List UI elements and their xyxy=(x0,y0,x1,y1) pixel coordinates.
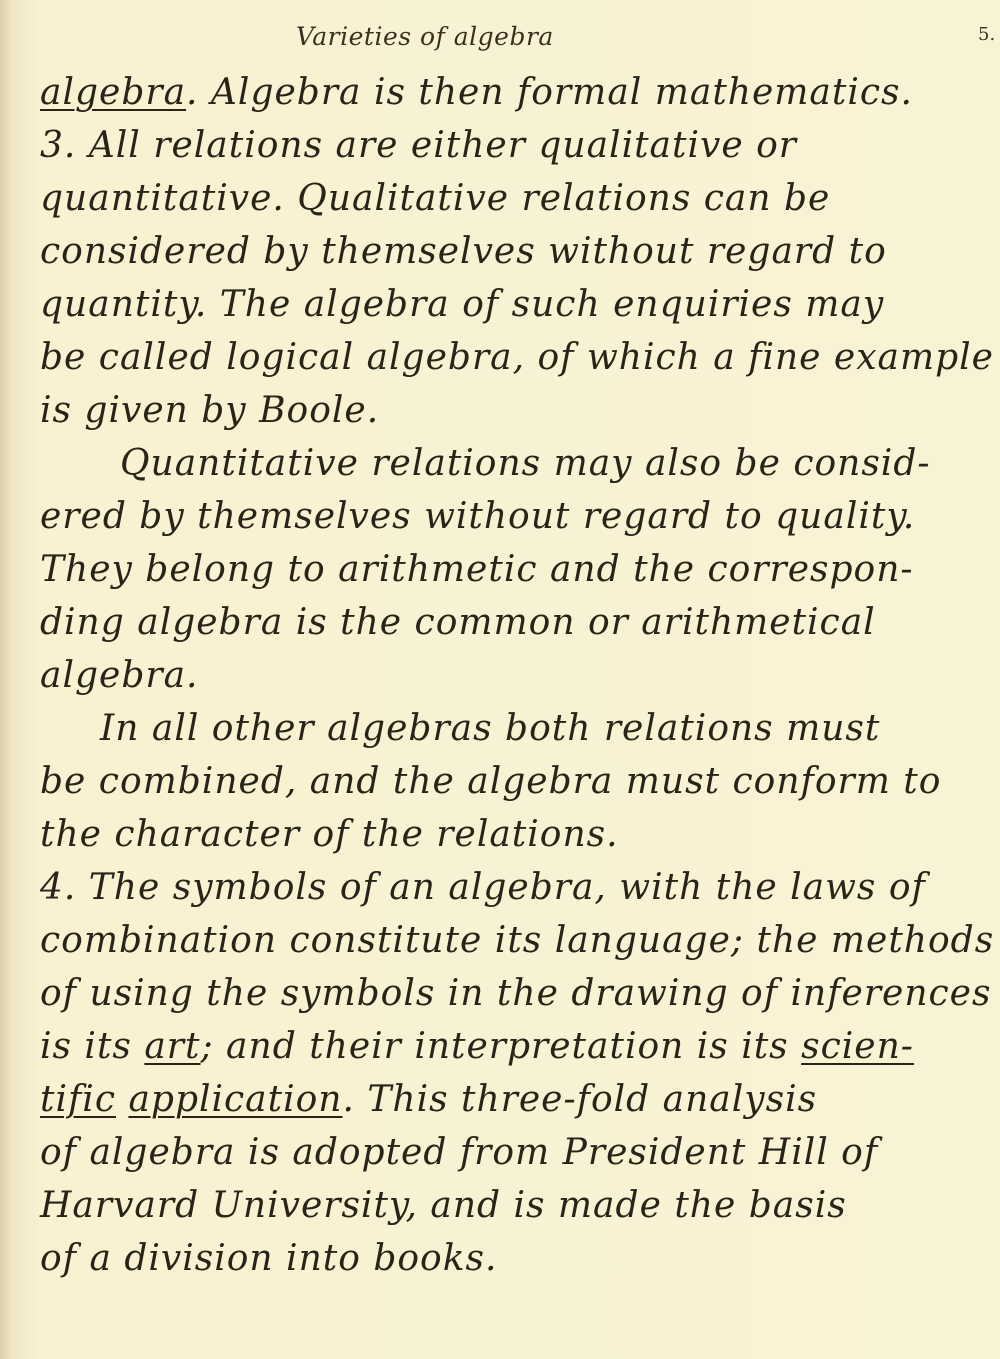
text-line: 4. The symbols of an algebra, with the l… xyxy=(40,861,995,914)
text-line: the character of the relations. xyxy=(40,808,995,861)
text-line: tific application. This three-fold analy… xyxy=(40,1073,995,1126)
text-run: In all other algebras both relations mus… xyxy=(100,708,880,749)
text-line: algebra. xyxy=(40,649,995,702)
running-title: Varieties of algebra xyxy=(296,22,554,51)
text-line: quantitative. Qualitative relations can … xyxy=(40,172,995,225)
text-line: ered by themselves without regard to qua… xyxy=(40,490,995,543)
text-line: ding algebra is the common or arithmetic… xyxy=(40,596,995,649)
text-run: quantity. The algebra of such enquiries … xyxy=(40,284,884,325)
text-line: In all other algebras both relations mus… xyxy=(40,702,995,755)
text-run: ding algebra is the common or arithmetic… xyxy=(40,602,876,643)
text-line: algebra. Algebra is then formal mathemat… xyxy=(40,66,995,119)
text-run: 3. All relations are either qualitative … xyxy=(40,125,797,166)
text-run: . Algebra is then formal mathematics. xyxy=(186,72,913,113)
text-line: be called logical algebra, of which a fi… xyxy=(40,331,995,384)
page-header: Varieties of algebra 5. xyxy=(0,18,1000,68)
text-run: of using the symbols in the drawing of i… xyxy=(40,973,991,1014)
text-run: quantitative. Qualitative relations can … xyxy=(40,178,830,219)
underlined-word: tific xyxy=(40,1079,116,1120)
text-run: Harvard University, and is made the basi… xyxy=(40,1185,847,1226)
text-run: ered by themselves without regard to qua… xyxy=(40,496,915,537)
text-run: the character of the relations. xyxy=(40,814,619,855)
text-line: considered by themselves without regard … xyxy=(40,225,995,278)
text-run: 4. The symbols of an algebra, with the l… xyxy=(40,867,926,908)
text-line: be combined, and the algebra must confor… xyxy=(40,755,995,808)
underlined-word: scien- xyxy=(801,1026,914,1067)
text-line: Quantitative relations may also be consi… xyxy=(40,437,995,490)
text-line: of algebra is adopted from President Hil… xyxy=(40,1126,995,1179)
text-run: considered by themselves without regard … xyxy=(40,231,887,272)
text-run: is given by Boole. xyxy=(40,390,379,431)
text-line: of using the symbols in the drawing of i… xyxy=(40,967,995,1020)
text-line: of a division into books. xyxy=(40,1232,995,1285)
text-run: Quantitative relations may also be consi… xyxy=(120,443,931,484)
handwritten-body: algebra. Algebra is then formal mathemat… xyxy=(40,66,995,1285)
text-line: Harvard University, and is made the basi… xyxy=(40,1179,995,1232)
text-run: algebra. xyxy=(40,655,199,696)
underlined-word: algebra xyxy=(40,72,186,113)
text-run: be combined, and the algebra must confor… xyxy=(40,761,941,802)
text-line: is its art; and their interpretation is … xyxy=(40,1020,995,1073)
underlined-word: art xyxy=(144,1026,200,1067)
text-run: ; and their interpretation is its xyxy=(200,1026,801,1067)
manuscript-page: Varieties of algebra 5. algebra. Algebra… xyxy=(0,0,1000,1359)
text-line: quantity. The algebra of such enquiries … xyxy=(40,278,995,331)
text-run: be called logical algebra, of which a fi… xyxy=(40,337,994,378)
text-run: . This three-fold analysis xyxy=(342,1079,817,1120)
text-run: is its xyxy=(40,1026,144,1067)
page-number: 5. xyxy=(978,24,995,45)
text-run: of algebra is adopted from President Hil… xyxy=(40,1132,878,1173)
text-run: of a division into books. xyxy=(40,1238,497,1279)
underlined-word: application xyxy=(128,1079,342,1120)
text-run: They belong to arithmetic and the corres… xyxy=(40,549,914,590)
text-line: combination constitute its language; the… xyxy=(40,914,995,967)
text-run: combination constitute its language; the… xyxy=(40,920,994,961)
text-line: 3. All relations are either qualitative … xyxy=(40,119,995,172)
text-line: is given by Boole. xyxy=(40,384,995,437)
text-line: They belong to arithmetic and the corres… xyxy=(40,543,995,596)
text-run xyxy=(116,1079,128,1120)
